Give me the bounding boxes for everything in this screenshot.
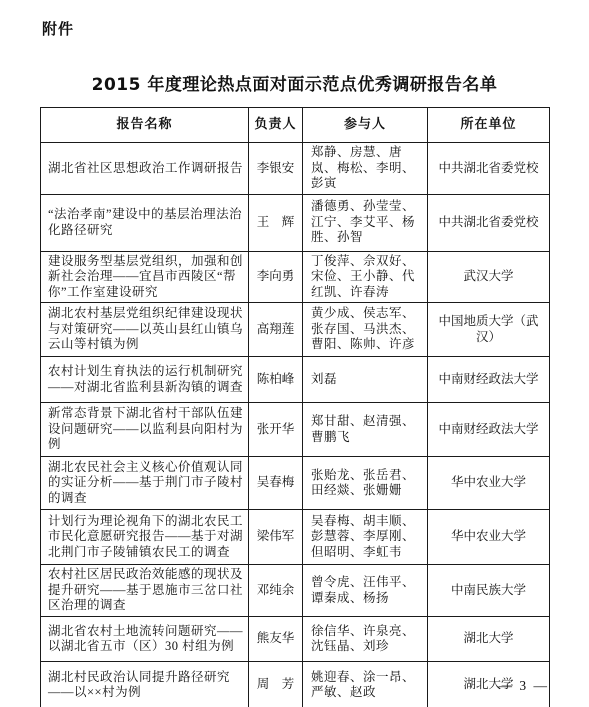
attachment-label: 附件 [42,18,74,39]
cell-unit: 湖北大学 [428,617,550,662]
cell-unit: 中共湖北省委党校 [428,194,550,251]
column-header-leader: 负责人 [249,108,303,143]
cell-leader: 张开华 [249,403,303,457]
cell-participants: 徐信华、许泉亮、沈钰晶、刘珍 [303,617,428,662]
table-row: 湖北农民社会主义核心价值观认同的实证分析——基于荆门市子陵村的调查吴春梅张贻龙、… [41,457,550,510]
cell-report: 湖北村民政治认同提升路径研究——以××村为例 [41,662,249,707]
page-number: — 3 — [499,678,550,694]
report-table-body: 湖北省社区思想政治工作调研报告李银安郑静、房慧、唐岚、梅松、李明、彭寅中共湖北省… [41,143,550,707]
cell-participants: 郑静、房慧、唐岚、梅松、李明、彭寅 [303,143,428,195]
cell-report: 湖北省社区思想政治工作调研报告 [41,143,249,195]
table-row: 新常态背景下湖北省村干部队伍建设问题研究——以监利县向阳村为例张开华郑甘甜、赵清… [41,403,550,457]
cell-unit: 中南财经政法大学 [428,403,550,457]
header-row: 报告名称 负责人 参与人 所在单位 [41,108,550,143]
cell-unit: 中国地质大学（武汉） [428,303,550,357]
cell-leader: 王 辉 [249,194,303,251]
cell-leader: 陈柏峰 [249,357,303,403]
table-row: 计划行为理论视角下的湖北农民工市民化意愿研究报告——基于对湖北荆门市子陵铺镇农民… [41,510,550,565]
cell-leader: 熊友华 [249,617,303,662]
cell-report: 湖北农民社会主义核心价值观认同的实证分析——基于荆门市子陵村的调查 [41,457,249,510]
cell-unit: 武汉大学 [428,251,550,303]
cell-participants: 曾令虎、汪伟平、谭秦成、杨扬 [303,565,428,617]
cell-participants: 姚迎春、涂一昂、严敏、赵政 [303,662,428,707]
page-title: 2015 年度理论热点面对面示范点优秀调研报告名单 [0,70,589,95]
cell-report: 农村社区居民政治效能感的现状及提升研究——基于恩施市三岔口社区治理的调查 [41,565,249,617]
cell-report: “法治孝南”建设中的基层治理法治化路径研究 [41,194,249,251]
cell-leader: 吴春梅 [249,457,303,510]
table-row: 建设服务型基层党组织，加强和创新社会治理——宜昌市西陵区“帮你”工作室建设研究李… [41,251,550,303]
cell-participants: 黄少成、侯志军、张存国、马洪杰、曹阳、陈帅、许彦 [303,303,428,357]
cell-report: 湖北省农村土地流转问题研究——以湖北省五市（区）30 村组为例 [41,617,249,662]
cell-participants: 张贻龙、张岳君、田经燚、张姗姗 [303,457,428,510]
cell-report: 湖北农村基层党组织纪律建设现状与对策研究——以英山县红山镇乌云山等村镇为例 [41,303,249,357]
cell-participants: 潘德勇、孙莹莹、江宁、李艾平、杨胜、孙智 [303,194,428,251]
column-header-participants: 参与人 [303,108,428,143]
cell-unit: 中南财经政法大学 [428,357,550,403]
cell-leader: 李向勇 [249,251,303,303]
cell-report: 计划行为理论视角下的湖北农民工市民化意愿研究报告——基于对湖北荆门市子陵铺镇农民… [41,510,249,565]
table-row: 湖北村民政治认同提升路径研究——以××村为例周 芳姚迎春、涂一昂、严敏、赵政湖北… [41,662,550,707]
cell-leader: 李银安 [249,143,303,195]
cell-participants: 刘磊 [303,357,428,403]
cell-report: 农村计划生育执法的运行机制研究——对湖北省监利县新沟镇的调查 [41,357,249,403]
cell-unit: 中南民族大学 [428,565,550,617]
table-row: 农村计划生育执法的运行机制研究——对湖北省监利县新沟镇的调查陈柏峰刘磊中南财经政… [41,357,550,403]
column-header-unit: 所在单位 [428,108,550,143]
cell-participants: 郑甘甜、赵清强、曹鹏飞 [303,403,428,457]
document-page: 附件 2015 年度理论热点面对面示范点优秀调研报告名单 报告名称 负责人 参与… [0,0,589,707]
cell-unit: 华中农业大学 [428,457,550,510]
cell-leader: 梁伟军 [249,510,303,565]
cell-leader: 邓纯余 [249,565,303,617]
table-row: “法治孝南”建设中的基层治理法治化路径研究王 辉潘德勇、孙莹莹、江宁、李艾平、杨… [41,194,550,251]
cell-leader: 高翔莲 [249,303,303,357]
cell-unit: 中共湖北省委党校 [428,143,550,195]
report-table: 报告名称 负责人 参与人 所在单位 湖北省社区思想政治工作调研报告李银安郑静、房… [40,107,550,707]
cell-report: 建设服务型基层党组织，加强和创新社会治理——宜昌市西陵区“帮你”工作室建设研究 [41,251,249,303]
column-header-report: 报告名称 [41,108,249,143]
table-row: 湖北省社区思想政治工作调研报告李银安郑静、房慧、唐岚、梅松、李明、彭寅中共湖北省… [41,143,550,195]
cell-report: 新常态背景下湖北省村干部队伍建设问题研究——以监利县向阳村为例 [41,403,249,457]
table-row: 湖北省农村土地流转问题研究——以湖北省五市（区）30 村组为例熊友华徐信华、许泉… [41,617,550,662]
table-row: 农村社区居民政治效能感的现状及提升研究——基于恩施市三岔口社区治理的调查邓纯余曾… [41,565,550,617]
cell-participants: 吴春梅、胡丰顺、彭慧蓉、李厚刚、但昭明、李虹韦 [303,510,428,565]
table-row: 湖北农村基层党组织纪律建设现状与对策研究——以英山县红山镇乌云山等村镇为例高翔莲… [41,303,550,357]
report-table-header: 报告名称 负责人 参与人 所在单位 [41,108,550,143]
cell-unit: 华中农业大学 [428,510,550,565]
cell-leader: 周 芳 [249,662,303,707]
cell-participants: 丁俊萍、佘双好、宋俭、王小静、代红凯、许春涛 [303,251,428,303]
